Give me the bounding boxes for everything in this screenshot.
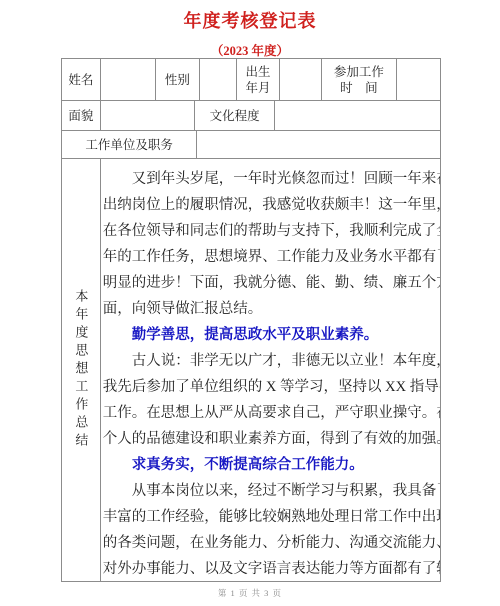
work-unit-label-cell: 工作单位及职务 [62, 131, 197, 158]
assessment-form-table: 姓名 性别 出生 年月 参加工作 时 间 面貌 文化程度 工作单位及职务 [61, 58, 441, 582]
summary-line: 从事本岗位以来，经过不断学习与积累，我具备了 [103, 478, 438, 504]
birth-date-label-cell: 出生 年月 [237, 59, 280, 100]
work-start-label-cell: 参加工作 时 间 [322, 59, 398, 100]
summary-heading-line: 求真务实，不断提高综合工作能力。 [103, 452, 438, 478]
table-row-summary: 本年度思想工作总结 又到年头岁尾，一年时光倏忽而过！回顾一年来在出纳岗位上的履职… [62, 159, 440, 581]
education-label-cell: 文化程度 [195, 101, 275, 130]
birth-date-label-line2: 年月 [245, 80, 270, 96]
page-title: 年度考核登记表 [0, 0, 500, 33]
summary-line: 我先后参加了单位组织的 X 等学习，坚持以 XX 指导各项 [103, 374, 438, 400]
appearance-label-cell: 面貌 [62, 101, 101, 130]
work-start-label-line2: 时 间 [340, 80, 378, 96]
summary-line: 年的工作任务，思想境界、工作能力及业务水平都有了 [103, 244, 438, 270]
summary-line: 在各位领导和同志们的帮助与支持下，我顺利完成了全 [103, 218, 438, 244]
summary-line: 丰富的工作经验，能够比较娴熟地处理日常工作中出现 [103, 504, 438, 530]
work-unit-value-cell [197, 131, 440, 158]
birth-date-label-line1: 出生 [245, 64, 270, 80]
table-row-work-unit: 工作单位及职务 [62, 131, 440, 159]
birth-date-value-cell [280, 59, 322, 100]
summary-line: 的各类问题，在业务能力、分析能力、沟通交流能力、 [103, 530, 438, 556]
summary-line: 个人的品德建设和职业素养方面，得到了有效的加强。 [103, 426, 438, 452]
work-start-value-cell [397, 59, 440, 100]
name-value-cell [101, 59, 156, 100]
education-value-cell [275, 101, 440, 130]
page-number-footer: 第 1 页 共 3 页 [0, 587, 500, 599]
summary-section-label-cell: 本年度思想工作总结 [62, 159, 101, 581]
table-row-appearance-education: 面貌 文化程度 [62, 101, 440, 131]
summary-section-label: 本年度思想工作总结 [74, 289, 87, 451]
name-label-cell: 姓名 [62, 59, 101, 100]
annual-assessment-form-page: 年度考核登记表 （2023 年度） 姓名 性别 出生 年月 参加工作 时 间 面… [0, 0, 500, 606]
gender-value-cell [200, 59, 237, 100]
table-row-personal-info: 姓名 性别 出生 年月 参加工作 时 间 [62, 59, 440, 101]
summary-line: 对外办事能力、以及文字语言表达能力等方面都有了较 [103, 556, 438, 581]
summary-line: 明显的进步！下面，我就分德、能、勤、绩、廉五个方 [103, 270, 438, 296]
summary-content: 又到年头岁尾，一年时光倏忽而过！回顾一年来在出纳岗位上的履职情况，我感觉收获颇丰… [101, 159, 440, 581]
gender-label-cell: 性别 [156, 59, 201, 100]
summary-heading-line: 勤学善思，提高思政水平及职业素养。 [103, 322, 438, 348]
summary-line: 面，向领导做汇报总结。 [103, 296, 438, 322]
appearance-value-cell [101, 101, 196, 130]
page-subtitle: （2023 年度） [0, 41, 500, 59]
summary-line: 古人说：非学无以广才，非德无以立业！本年度， [103, 348, 438, 374]
summary-line: 工作。在思想上从严从高要求自己，严守职业操守。在 [103, 400, 438, 426]
work-start-label-line1: 参加工作 [334, 64, 384, 80]
summary-line: 又到年头岁尾，一年时光倏忽而过！回顾一年来在 [103, 166, 438, 192]
summary-line: 出纳岗位上的履职情况，我感觉收获颇丰！这一年里， [103, 192, 438, 218]
